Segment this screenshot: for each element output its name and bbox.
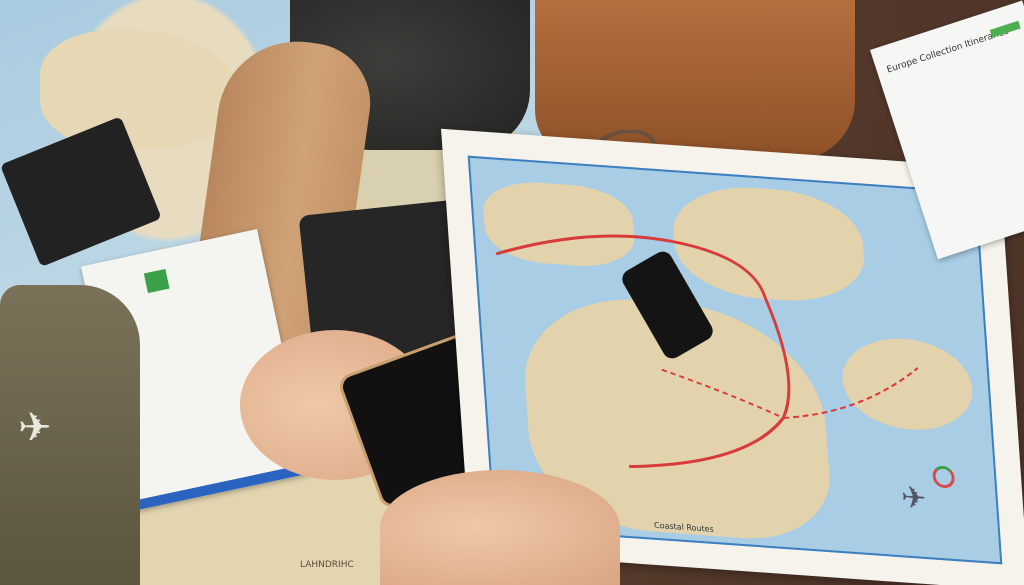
plane-icon: ✈ bbox=[18, 405, 52, 451]
background-map-label: LAHNDRIHC bbox=[300, 560, 354, 570]
plane-icon: ✈ bbox=[900, 480, 928, 517]
ticket-logo bbox=[144, 269, 170, 293]
hand bbox=[380, 470, 620, 585]
